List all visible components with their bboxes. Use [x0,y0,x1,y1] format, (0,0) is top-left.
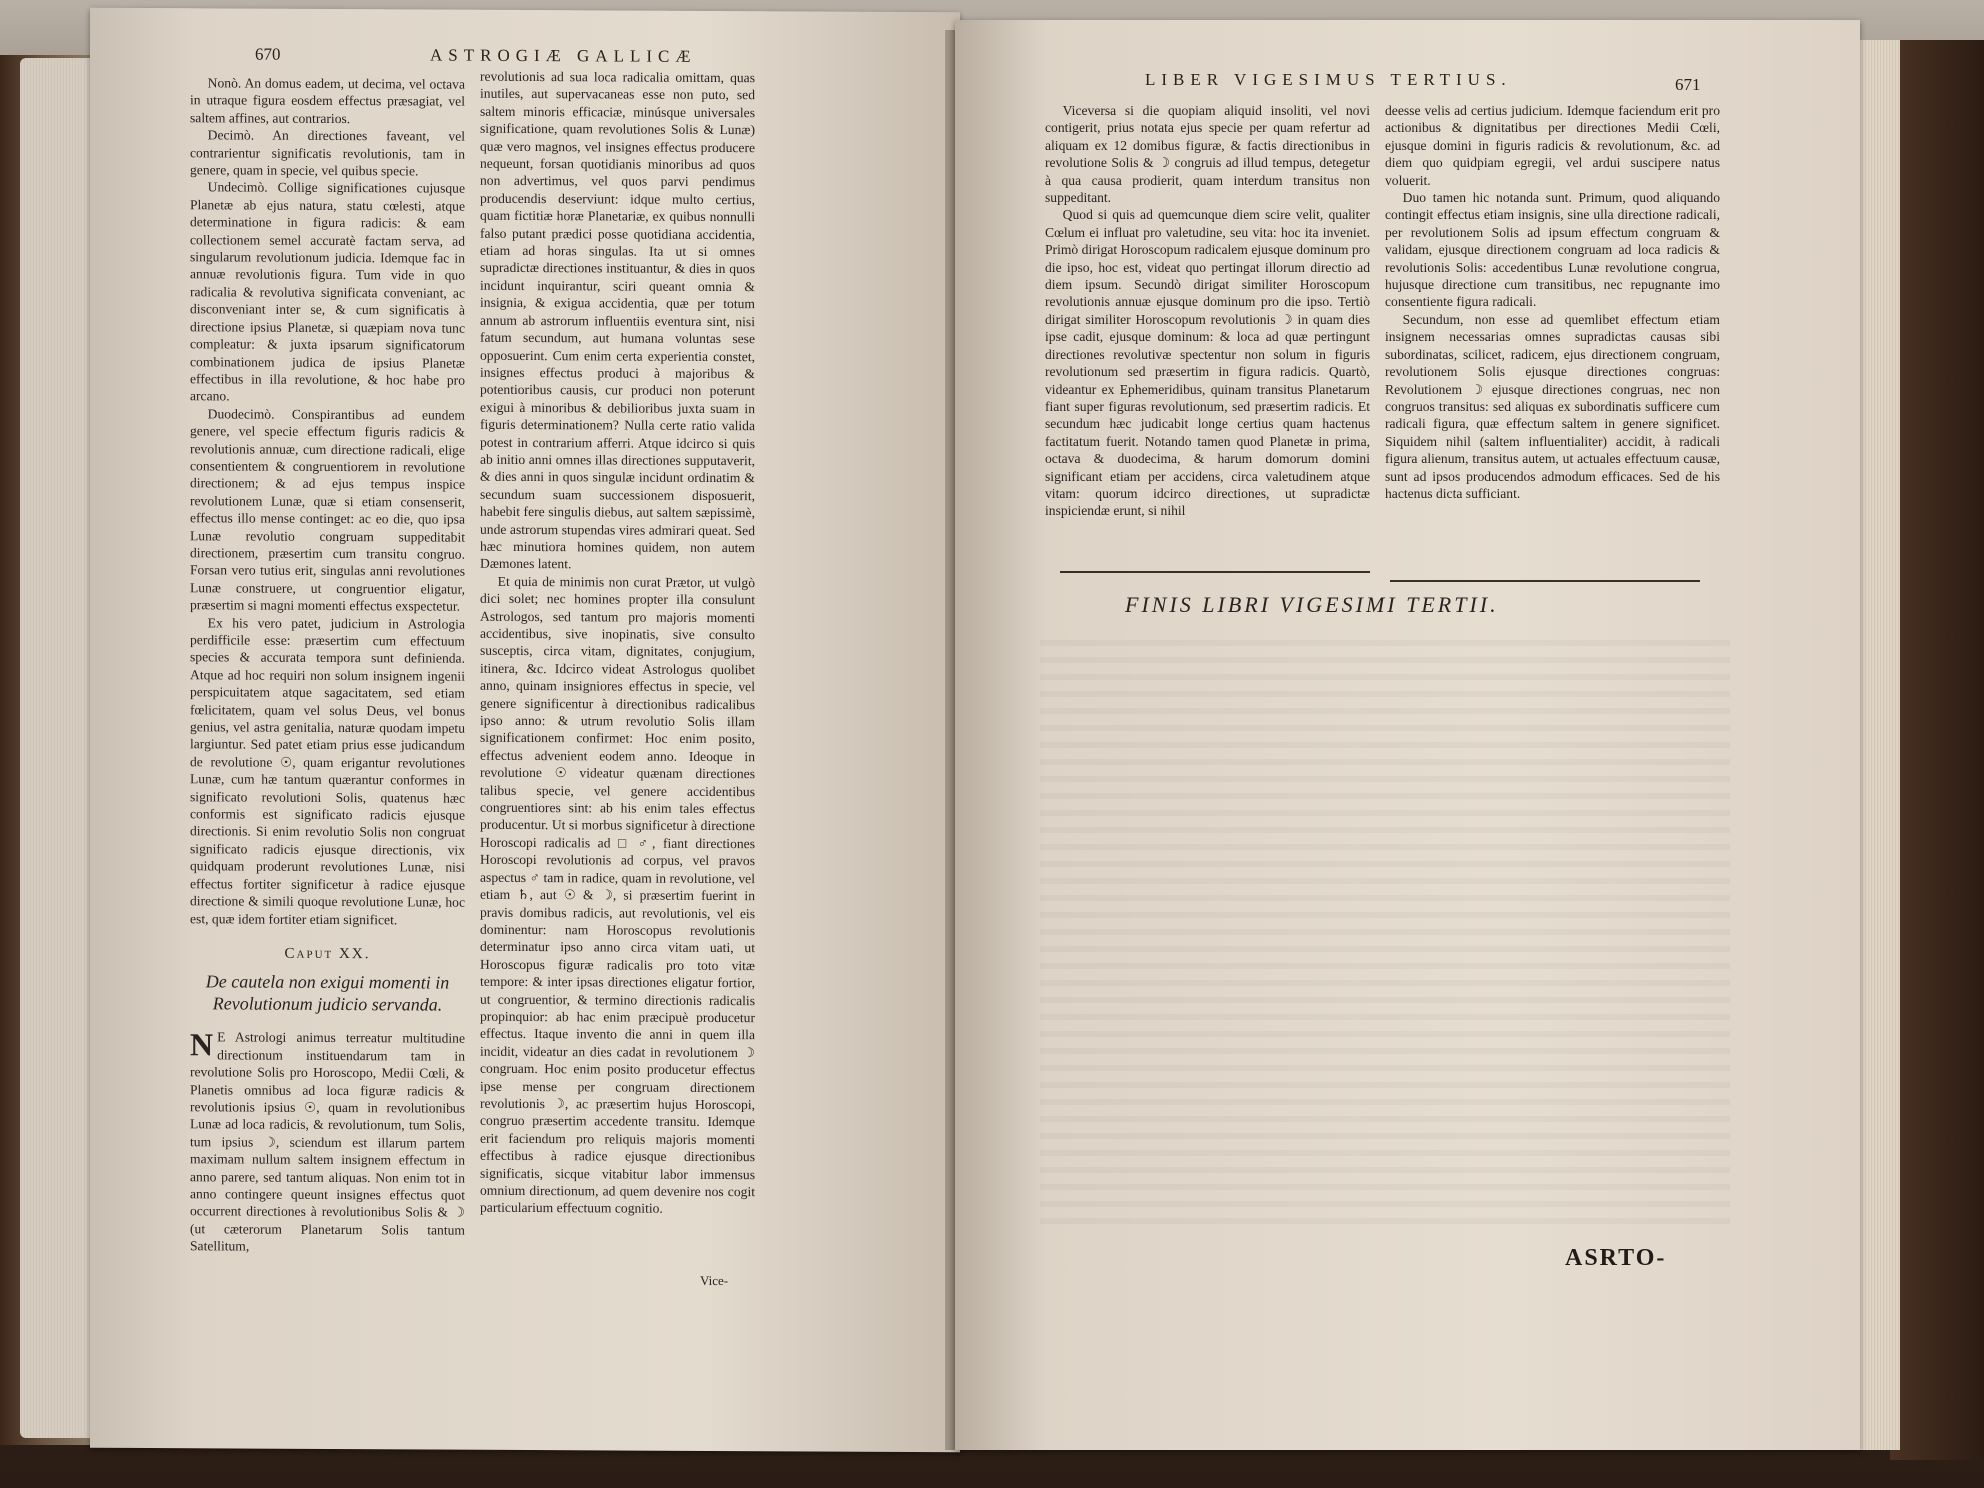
paragraph: revolutionis ad sua loca radicalia omitt… [480,68,755,574]
divider-rule-right [1390,580,1700,582]
paragraph: Ex his vero patet, judicium in Astrologi… [190,614,465,929]
left-page: 670 ASTROGIÆ GALLICÆ Nonò. An domus eade… [90,8,960,1453]
catchword-right: ASRTO- [1565,1245,1666,1272]
catchword-left: Vice- [700,1273,728,1289]
paragraph: Decimò. An directiones faveant, vel cont… [190,126,465,180]
paragraph: Duodecimò. Conspirantibus ad eundem gene… [190,405,465,615]
left-page-column-2: revolutionis ad sua loca radicalia omitt… [480,68,755,1218]
chapter-opening: N E Astrologi animus terreatur multitudi… [190,1029,465,1257]
paragraph: Et quia de minimis non curat Prætor, ut … [480,573,755,1218]
paragraph: E Astrologi animus terreatur multitudine… [190,1030,465,1254]
paragraph: Viceversa si die quopiam aliquid insolit… [1045,102,1370,206]
chapter-number: Caput XX. [190,945,465,964]
paragraph: Nonò. An domus eadem, ut decima, vel oct… [190,74,465,128]
running-head-right: LIBER VIGESIMUS TERTIUS. [1145,70,1512,90]
show-through-text [1040,640,1730,1230]
page-number-left: 670 [255,45,281,65]
chapter-title: De cautela non exigui momenti in Revolut… [190,971,465,1016]
paragraph: deesse velis ad certius judicium. Idemqu… [1385,102,1720,189]
paragraph: Secundum, non esse ad quemlibet effectum… [1385,311,1720,502]
left-page-column-1: Nonò. An domus eadem, ut decima, vel oct… [190,74,465,1256]
paragraph: Undecimò. Collige significationes cujusq… [190,179,465,407]
page-number-right: 671 [1675,75,1701,95]
paragraph: Duo tamen hic notanda sunt. Primum, quod… [1385,189,1720,311]
right-page-column-2: deesse velis ad certius judicium. Idemqu… [1385,102,1720,502]
book-end-title: FINIS LIBRI VIGESIMI TERTII. [1125,592,1499,618]
paragraph: Quod si quis ad quemcunque diem scire ve… [1045,206,1370,519]
drop-cap: N [190,1031,213,1059]
right-page-column-1: Viceversa si die quopiam aliquid insolit… [1045,102,1370,520]
divider-rule-left [1060,571,1370,573]
running-head-left: ASTROGIÆ GALLICÆ [430,46,696,67]
book-cover-right [1890,40,1984,1460]
